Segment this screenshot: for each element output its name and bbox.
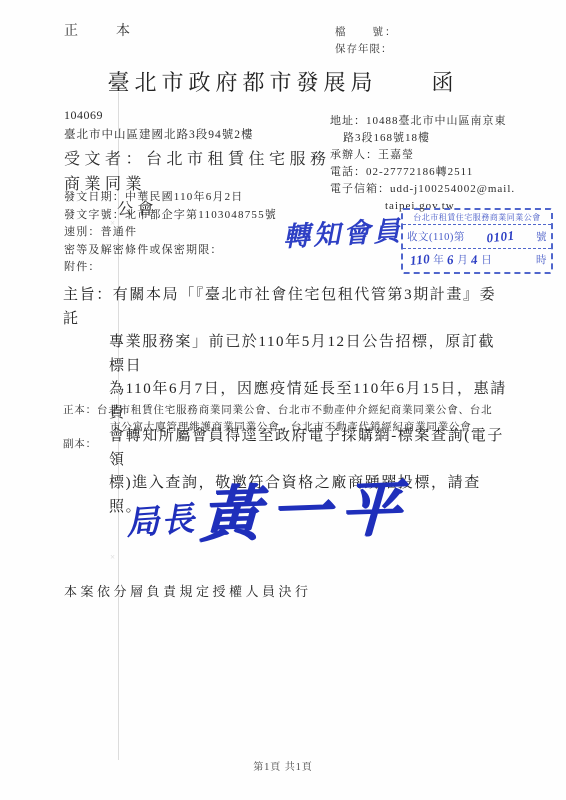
signer-title-stamp: 局長 [124,493,197,545]
contact-email-line1: 電子信箱：udd-j100254002@mail. [330,181,555,198]
page-number: 第1頁 共1頁 [0,758,566,773]
stamp-receipt-suffix: 號 [536,229,547,244]
stamp-receipt-prefix: 收文(110)第 [407,229,465,244]
original-recipients-line1: 正本：台北市租賃住宅服務商業同業公會、台北市不動產仲介經紀商業同業公會、台北 [63,402,533,419]
stamp-receipt-number-handwritten: 0101 [464,225,536,248]
issue-date: 發文日期：中華民國110年6月2日 [64,189,334,207]
subject-line2: 專業服務案」前已於110年5月12日公告招標，原訂截標日 [63,331,511,378]
receipt-stamp: 台北市租賃住宅服務商業同業公會 收文(110)第 0101 號 110 年 6 … [401,208,553,274]
addressee-street: 臺北市中山區建國北路3段94號2樓 [64,126,332,142]
contact-person: 承辦人：王嘉瑩 [330,147,555,164]
copy-type-label: 正 本 [64,20,142,40]
document-title: 臺北市政府都市發展局 函 [0,66,566,97]
official-letter-page: × × × 正 本 檔 號： 保存年限： 臺北市政府都市發展局 函 104069… [0,0,566,800]
attachment: 附件： [64,259,334,277]
fold-mark: × [110,552,115,562]
stamp-day-label: 日 [481,252,492,267]
contact-phone: 電話：02-27772186轉2511 [330,164,555,181]
sender-address-line2: 路3段168號18樓 [330,130,555,147]
stamp-date-row: 110 年 6 月 4 日 時 [403,249,551,270]
distribution-block: 正本：台北市租賃住宅服務商業同業公會、台北市不動產仲介經紀商業同業公會、台北 市… [63,402,533,453]
stamp-organization: 台北市租賃住宅服務商業同業公會 [403,210,551,225]
stamp-year-handwritten: 110 [406,250,434,269]
signature-block: 局長 黃一平 [126,462,466,562]
copy-recipients-label: 副本： [63,436,533,453]
subject-line1: 主旨：有關本局「『臺北市社會住宅包租代管第3期計畫』委託 [63,284,511,331]
original-recipients-line2: 市公寓大廈管理維護商業同業公會、台北市不動產代銷經紀商業同業公會 [63,419,533,436]
stamp-month-handwritten: 6 [443,251,458,268]
retention-period-label: 保存年限： [335,41,393,56]
stamp-day-handwritten: 4 [467,251,482,268]
handwritten-note: 轉知會員 [282,209,404,254]
signer-name-stamp: 黃一平 [199,460,412,553]
stamp-receipt-row: 收文(110)第 0101 號 [403,225,551,249]
addressee-zipcode: 104069 [64,108,332,123]
delegation-note: 本案依分層負責規定授權人員決行 [64,581,312,600]
file-number-label: 檔 號： [335,24,398,39]
sender-address-line1: 地址：10488臺北市中山區南京東 [330,113,555,130]
contact-info-block: 地址：10488臺北市中山區南京東 路3段168號18樓 承辦人：王嘉瑩 電話：… [330,113,555,215]
stamp-hour-label: 時 [536,252,547,267]
